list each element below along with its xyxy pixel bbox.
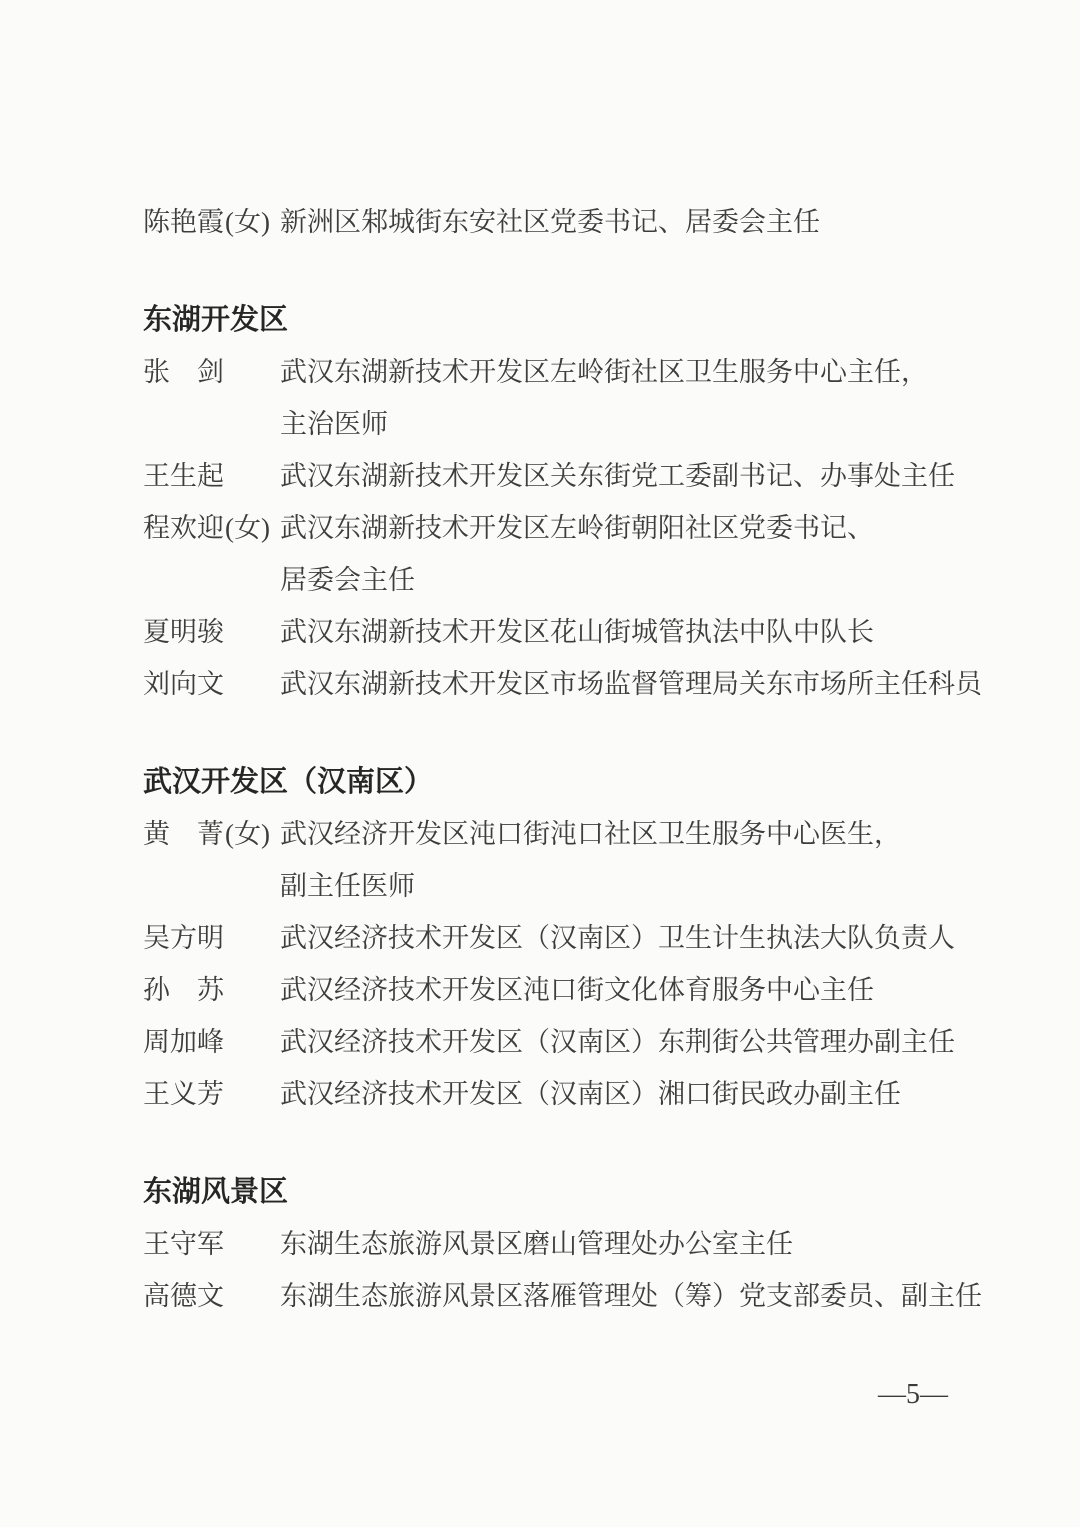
- position-line: 居委会主任: [280, 554, 960, 606]
- position-line: 武汉东湖新技术开发区左岭街社区卫生服务中心主任，: [280, 346, 960, 398]
- entry-position: 武汉经济开发区沌口街沌口社区卫生服务中心医生， 副主任医师: [280, 808, 960, 912]
- gender-note: (女): [225, 502, 270, 554]
- entry-name-column: 王守军: [143, 1218, 280, 1270]
- entry-row: 孙 苏 武汉经济技术开发区沌口街文化体育服务中心主任: [143, 964, 960, 1016]
- position-line: 东湖生态旅游风景区落雁管理处（筹）党支部委员、副主任: [280, 1270, 960, 1322]
- entry-row: 刘向文 武汉东湖新技术开发区市场监督管理局关东市场所主任科员: [143, 658, 960, 710]
- entry-position: 东湖生态旅游风景区落雁管理处（筹）党支部委员、副主任: [280, 1270, 960, 1322]
- entry-row: 王义芳 武汉经济技术开发区（汉南区）湘口街民政办副主任: [143, 1068, 960, 1120]
- entry-name-column: 孙 苏: [143, 964, 280, 1016]
- entry-name-column: 夏明骏: [143, 606, 280, 658]
- entry-position: 武汉东湖新技术开发区市场监督管理局关东市场所主任科员: [280, 658, 960, 710]
- entry-position: 武汉经济技术开发区沌口街文化体育服务中心主任: [280, 964, 960, 1016]
- entry-name-column: 程欢迎 (女): [143, 502, 280, 554]
- entry-name-column: 周加峰: [143, 1016, 280, 1068]
- entry-name-column: 王义芳: [143, 1068, 280, 1120]
- person-name: 陈艳霞: [143, 196, 224, 248]
- entry-position: 武汉东湖新技术开发区花山街城管执法中队中队长: [280, 606, 960, 658]
- section-title: 东湖风景区: [143, 1166, 960, 1218]
- person-name: 程欢迎: [143, 502, 224, 554]
- position-line: 东湖生态旅游风景区磨山管理处办公室主任: [280, 1218, 960, 1270]
- entry-name-column: 刘向文: [143, 658, 280, 710]
- person-name: 黄 菁: [143, 808, 224, 860]
- entry-position: 武汉东湖新技术开发区左岭街社区卫生服务中心主任， 主治医师: [280, 346, 960, 450]
- entry-row: 周加峰 武汉经济技术开发区（汉南区）东荆街公共管理办副主任: [143, 1016, 960, 1068]
- position-line: 新洲区邾城街东安社区党委书记、居委会主任: [280, 196, 960, 248]
- entry-position: 东湖生态旅游风景区磨山管理处办公室主任: [280, 1218, 960, 1270]
- section-donghu-fengjingqu: 东湖风景区 王守军 东湖生态旅游风景区磨山管理处办公室主任 高德文 东湖生态旅游…: [143, 1166, 960, 1322]
- entry-row: 王生起 武汉东湖新技术开发区关东街党工委副书记、办事处主任: [143, 450, 960, 502]
- entry-name-column: 陈艳霞 (女): [143, 196, 280, 248]
- position-line: 武汉东湖新技术开发区关东街党工委副书记、办事处主任: [280, 450, 960, 502]
- section-donghu-kaifaqu: 东湖开发区 张 剑 武汉东湖新技术开发区左岭街社区卫生服务中心主任， 主治医师 …: [143, 294, 960, 710]
- position-line: 武汉东湖新技术开发区左岭街朝阳社区党委书记、: [280, 502, 960, 554]
- entry-row: 黄 菁 (女) 武汉经济开发区沌口街沌口社区卫生服务中心医生， 副主任医师: [143, 808, 960, 912]
- entry-row: 吴方明 武汉经济技术开发区（汉南区）卫生计生执法大队负责人: [143, 912, 960, 964]
- entry-row: 程欢迎 (女) 武汉东湖新技术开发区左岭街朝阳社区党委书记、 居委会主任: [143, 502, 960, 606]
- person-name: 王义芳: [143, 1068, 224, 1120]
- document-page: 陈艳霞 (女) 新洲区邾城街东安社区党委书记、居委会主任 东湖开发区 张 剑 武…: [0, 0, 1080, 1527]
- person-name: 刘向文: [143, 658, 224, 710]
- person-name: 孙 苏: [143, 964, 224, 1016]
- entry-position: 武汉经济技术开发区（汉南区）湘口街民政办副主任: [280, 1068, 960, 1120]
- position-line: 武汉经济技术开发区（汉南区）湘口街民政办副主任: [280, 1068, 960, 1120]
- entry-row: 张 剑 武汉东湖新技术开发区左岭街社区卫生服务中心主任， 主治医师: [143, 346, 960, 450]
- entry-row: 陈艳霞 (女) 新洲区邾城街东安社区党委书记、居委会主任: [143, 196, 960, 248]
- gender-note: (女): [225, 808, 270, 860]
- person-name: 张 剑: [143, 346, 224, 398]
- person-name: 王守军: [143, 1218, 224, 1270]
- position-line: 武汉经济技术开发区（汉南区）卫生计生执法大队负责人: [280, 912, 960, 964]
- entry-name-column: 王生起: [143, 450, 280, 502]
- person-name: 周加峰: [143, 1016, 224, 1068]
- position-line: 副主任医师: [280, 860, 960, 912]
- person-name: 高德文: [143, 1270, 224, 1322]
- entry-position: 武汉经济技术开发区（汉南区）东荆街公共管理办副主任: [280, 1016, 960, 1068]
- position-line: 武汉东湖新技术开发区花山街城管执法中队中队长: [280, 606, 960, 658]
- entry-name-column: 黄 菁 (女): [143, 808, 280, 860]
- entry-row: 高德文 东湖生态旅游风景区落雁管理处（筹）党支部委员、副主任: [143, 1270, 960, 1322]
- entry-position: 武汉东湖新技术开发区关东街党工委副书记、办事处主任: [280, 450, 960, 502]
- section-title: 东湖开发区: [143, 294, 960, 346]
- entry-row: 王守军 东湖生态旅游风景区磨山管理处办公室主任: [143, 1218, 960, 1270]
- entry-row: 夏明骏 武汉东湖新技术开发区花山街城管执法中队中队长: [143, 606, 960, 658]
- page-number: —5—: [143, 1369, 960, 1421]
- section-wuhan-kaifaqu-hannanqu: 武汉开发区（汉南区） 黄 菁 (女) 武汉经济开发区沌口街沌口社区卫生服务中心医…: [143, 756, 960, 1120]
- position-line: 主治医师: [280, 398, 960, 450]
- entry-name-column: 吴方明: [143, 912, 280, 964]
- position-line: 武汉经济开发区沌口街沌口社区卫生服务中心医生，: [280, 808, 960, 860]
- entry-name-column: 高德文: [143, 1270, 280, 1322]
- section-title: 武汉开发区（汉南区）: [143, 756, 960, 808]
- person-name: 王生起: [143, 450, 224, 502]
- position-line: 武汉东湖新技术开发区市场监督管理局关东市场所主任科员: [280, 658, 960, 710]
- entry-name-column: 张 剑: [143, 346, 280, 398]
- entry-position: 新洲区邾城街东安社区党委书记、居委会主任: [280, 196, 960, 248]
- entry-position: 武汉东湖新技术开发区左岭街朝阳社区党委书记、 居委会主任: [280, 502, 960, 606]
- person-name: 夏明骏: [143, 606, 224, 658]
- gender-note: (女): [225, 196, 270, 248]
- entry-position: 武汉经济技术开发区（汉南区）卫生计生执法大队负责人: [280, 912, 960, 964]
- position-line: 武汉经济技术开发区沌口街文化体育服务中心主任: [280, 964, 960, 1016]
- position-line: 武汉经济技术开发区（汉南区）东荆街公共管理办副主任: [280, 1016, 960, 1068]
- person-name: 吴方明: [143, 912, 224, 964]
